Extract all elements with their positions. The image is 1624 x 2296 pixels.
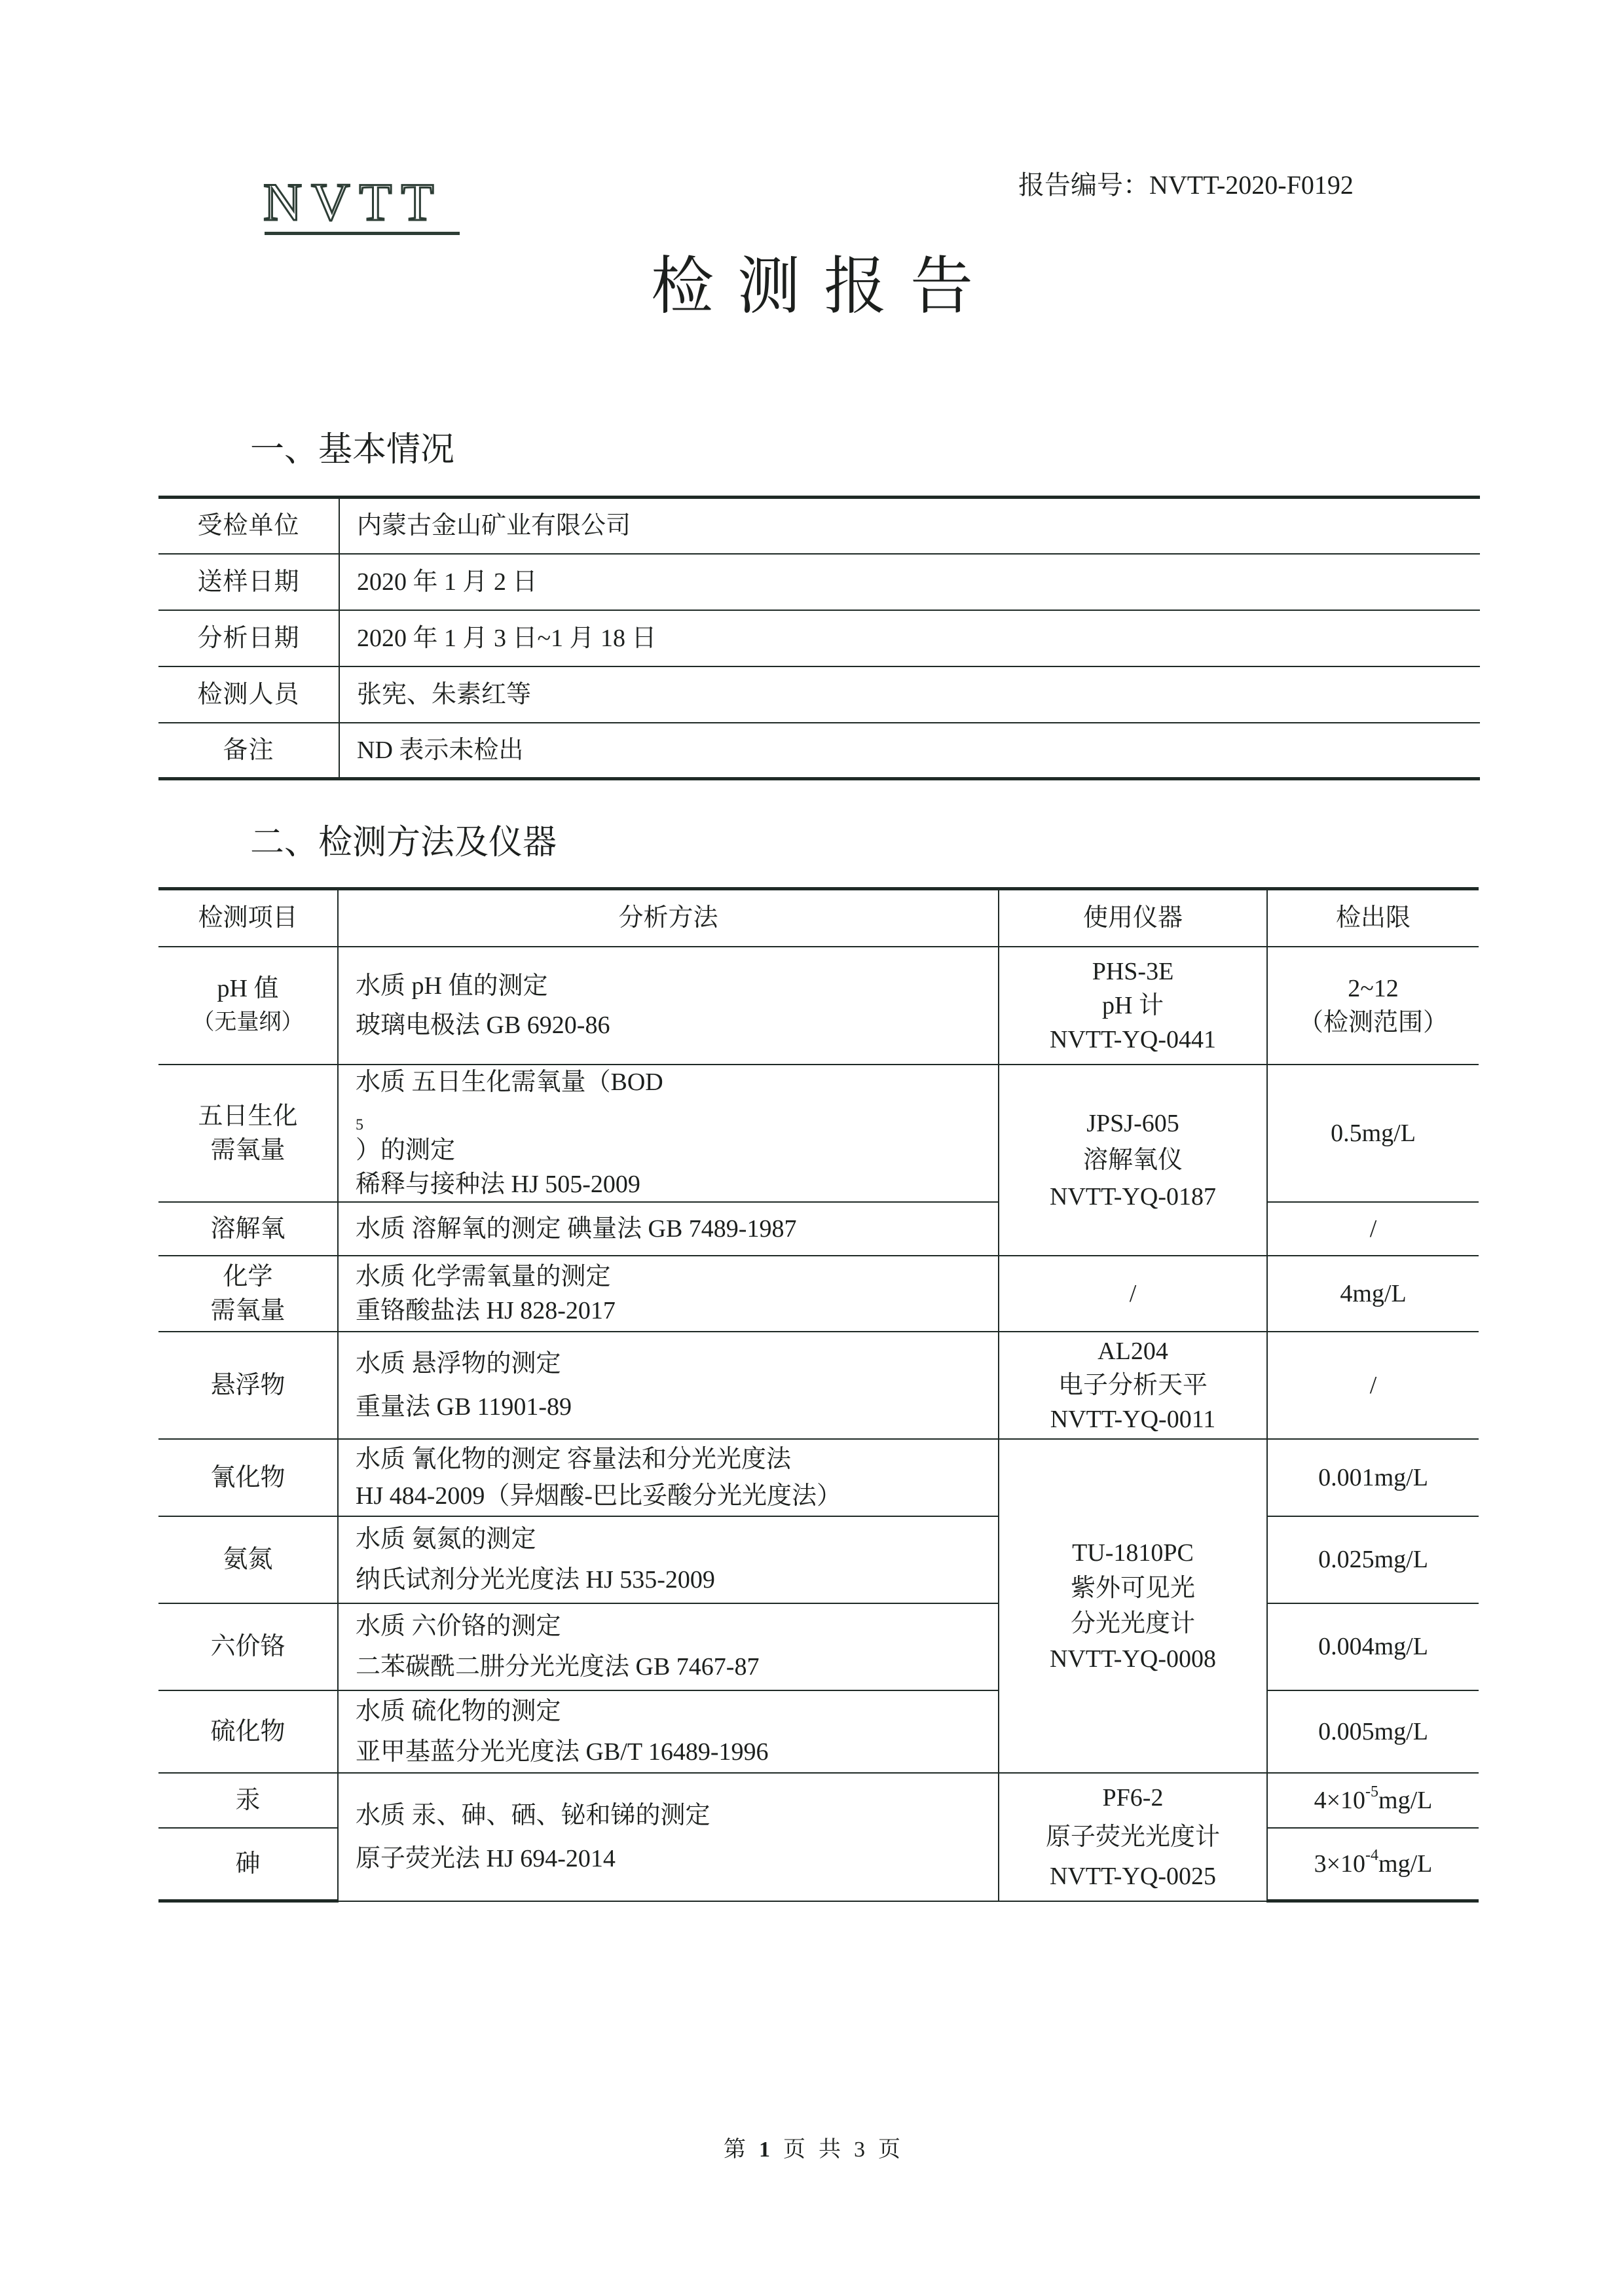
- table-row: 化学 需氧量 水质 化学需氧量的测定 重铬酸盐法 HJ 828-2017 / 4…: [158, 1256, 1479, 1332]
- item-cell: 汞: [158, 1773, 338, 1828]
- logo-text: NVTT: [263, 175, 460, 229]
- instrument-cell: PF6-2 原子荧光光度计 NVTT-YQ-0025: [999, 1773, 1267, 1901]
- limit-cell: 0.5mg/L: [1267, 1065, 1479, 1202]
- item-cell: 化学 需氧量: [158, 1256, 338, 1332]
- table-row: 分析日期 2020 年 1 月 3 日~1 月 18 日: [158, 610, 1480, 666]
- table-row: pH 值 （无量纲） 水质 pH 值的测定 玻璃电极法 GB 6920-86 P…: [158, 947, 1479, 1065]
- item-cell: 五日生化 需氧量: [158, 1065, 338, 1202]
- table-row: 溶解氧 水质 溶解氧的测定 碘量法 GB 7489-1987 /: [158, 1202, 1479, 1256]
- method-cell: 水质 硫化物的测定 亚甲基蓝分光光度法 GB/T 16489-1996: [338, 1690, 999, 1773]
- method-cell: 水质 氨氮的测定 纳氏试剂分光光度法 HJ 535-2009: [338, 1516, 999, 1603]
- limit-cell: 0.004mg/L: [1267, 1603, 1479, 1690]
- table-row: 受检单位 内蒙古金山矿业有限公司: [158, 498, 1480, 554]
- item-cell: 六价铬: [158, 1603, 338, 1690]
- report-number: 报告编号：NVTT-2020-F0192: [1018, 169, 1354, 202]
- section-heading-methods: 二、检测方法及仪器: [250, 822, 557, 864]
- limit-cell: 4×10-5mg/L: [1267, 1773, 1479, 1828]
- instrument-cell: /: [999, 1256, 1267, 1332]
- item-cell: 硫化物: [158, 1690, 338, 1773]
- basic-info-table: 受检单位 内蒙古金山矿业有限公司 送样日期 2020 年 1 月 2 日 分析日…: [158, 496, 1480, 780]
- total-pages-number: 3: [854, 2138, 865, 2162]
- method-cell: 水质 汞、砷、硒、铋和锑的测定 原子荧光法 HJ 694-2014: [338, 1773, 999, 1901]
- row-value: 2020 年 1 月 2 日: [339, 554, 1480, 610]
- current-page-number: 1: [759, 2138, 770, 2162]
- method-cell: 水质 五日生化需氧量（BOD5）的测定 稀释与接种法 HJ 505-2009: [338, 1065, 999, 1202]
- limit-cell: 0.005mg/L: [1267, 1690, 1479, 1773]
- footer-suffix: 页: [878, 2138, 900, 2162]
- report-number-value: NVTT-2020-F0192: [1149, 170, 1354, 200]
- limit-cell: 0.001mg/L: [1267, 1439, 1479, 1516]
- row-label: 备注: [158, 723, 339, 779]
- item-cell: 悬浮物: [158, 1332, 338, 1439]
- company-logo: NVTT: [263, 175, 460, 238]
- document-title: 检测报告: [0, 247, 1624, 326]
- footer-total-word: 共: [819, 2138, 841, 2162]
- footer-page-word: 页: [783, 2138, 805, 2162]
- limit-cell: /: [1267, 1202, 1479, 1256]
- table-row: 五日生化 需氧量 水质 五日生化需氧量（BOD5）的测定 稀释与接种法 HJ 5…: [158, 1065, 1479, 1202]
- instrument-cell: TU-1810PC 紫外可见光 分光光度计 NVTT-YQ-0008: [999, 1439, 1267, 1773]
- method-cell: 水质 悬浮物的测定 重量法 GB 11901-89: [338, 1332, 999, 1439]
- limit-cell: 0.025mg/L: [1267, 1516, 1479, 1603]
- instrument-cell: JPSJ-605 溶解氧仪 NVTT-YQ-0187: [999, 1065, 1267, 1256]
- instrument-cell: PHS-3E pH 计 NVTT-YQ-0441: [999, 947, 1267, 1065]
- page-footer: 第1页共3页: [0, 2136, 1624, 2164]
- method-cell: 水质 氰化物的测定 容量法和分光光度法 HJ 484-2009（异烟酸-巴比妥酸…: [338, 1439, 999, 1516]
- item-cell: pH 值 （无量纲）: [158, 947, 338, 1065]
- item-cell: 溶解氧: [158, 1202, 338, 1256]
- row-label: 受检单位: [158, 498, 339, 554]
- method-cell: 水质 六价铬的测定 二苯碳酰二肼分光光度法 GB 7467-87: [338, 1603, 999, 1690]
- limit-cell: 3×10-4mg/L: [1267, 1828, 1479, 1901]
- row-label: 分析日期: [158, 610, 339, 666]
- item-cell: 氰化物: [158, 1439, 338, 1516]
- row-value: 张宪、朱素红等: [339, 666, 1480, 723]
- section-heading-basic-info: 一、基本情况: [250, 429, 454, 471]
- table-row: 悬浮物 水质 悬浮物的测定 重量法 GB 11901-89 AL204 电子分析…: [158, 1332, 1479, 1439]
- row-label: 送样日期: [158, 554, 339, 610]
- row-value: ND 表示未检出: [339, 723, 1480, 779]
- column-header: 检测项目: [158, 889, 338, 947]
- table-header-row: 检测项目 分析方法 使用仪器 检出限: [158, 889, 1479, 947]
- method-cell: 水质 pH 值的测定 玻璃电极法 GB 6920-86: [338, 947, 999, 1065]
- item-cell: 氨氮: [158, 1516, 338, 1603]
- row-label: 检测人员: [158, 666, 339, 723]
- table-row: 备注 ND 表示未检出: [158, 723, 1480, 779]
- column-header: 分析方法: [338, 889, 999, 947]
- method-cell: 水质 化学需氧量的测定 重铬酸盐法 HJ 828-2017: [338, 1256, 999, 1332]
- instrument-cell: AL204 电子分析天平 NVTT-YQ-0011: [999, 1332, 1267, 1439]
- footer-prefix: 第: [724, 2138, 746, 2162]
- table-row: 硫化物 水质 硫化物的测定 亚甲基蓝分光光度法 GB/T 16489-1996 …: [158, 1690, 1479, 1773]
- table-row: 氨氮 水质 氨氮的测定 纳氏试剂分光光度法 HJ 535-2009 0.025m…: [158, 1516, 1479, 1603]
- limit-cell: /: [1267, 1332, 1479, 1439]
- limit-cell: 2~12 （检测范围）: [1267, 947, 1479, 1065]
- table-row: 汞 水质 汞、砷、硒、铋和锑的测定 原子荧光法 HJ 694-2014 PF6-…: [158, 1773, 1479, 1828]
- column-header: 检出限: [1267, 889, 1479, 947]
- column-header: 使用仪器: [999, 889, 1267, 947]
- methods-table: 检测项目 分析方法 使用仪器 检出限 pH 值 （无量纲） 水质 pH 值的测定…: [158, 887, 1479, 1903]
- table-row: 送样日期 2020 年 1 月 2 日: [158, 554, 1480, 610]
- table-row: 氰化物 水质 氰化物的测定 容量法和分光光度法 HJ 484-2009（异烟酸-…: [158, 1439, 1479, 1516]
- method-cell: 水质 溶解氧的测定 碘量法 GB 7489-1987: [338, 1202, 999, 1256]
- limit-cell: 4mg/L: [1267, 1256, 1479, 1332]
- item-cell: 砷: [158, 1828, 338, 1901]
- logo-underline: [265, 232, 460, 235]
- row-value: 内蒙古金山矿业有限公司: [339, 498, 1480, 554]
- row-value: 2020 年 1 月 3 日~1 月 18 日: [339, 610, 1480, 666]
- table-row: 检测人员 张宪、朱素红等: [158, 666, 1480, 723]
- report-number-label: 报告编号：: [1018, 170, 1149, 200]
- table-row: 六价铬 水质 六价铬的测定 二苯碳酰二肼分光光度法 GB 7467-87 0.0…: [158, 1603, 1479, 1690]
